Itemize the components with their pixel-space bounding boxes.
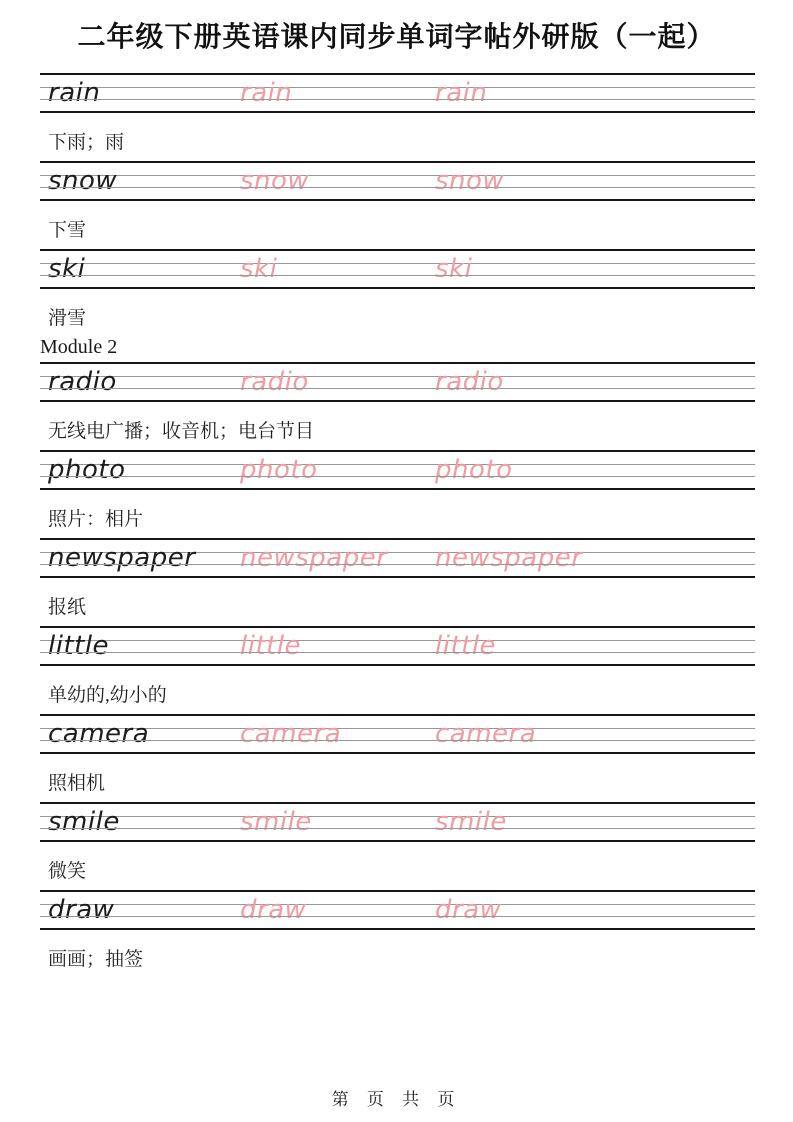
word-trace-2: draw bbox=[435, 897, 501, 923]
word-trace-2: smile bbox=[435, 809, 507, 835]
page-footer: 第 页 共 页 bbox=[0, 1085, 793, 1110]
word-text: rain bbox=[48, 80, 100, 106]
word-entry: ski ski ski 滑雪 bbox=[40, 249, 755, 337]
word-trace-1: newspaper bbox=[240, 545, 387, 571]
word-meaning: 滑雪 bbox=[40, 289, 755, 337]
writing-guide: camera camera camera bbox=[40, 714, 755, 754]
copybook-sheet: rain rain rain 下雨；雨 snow snow snow 下雪 sk… bbox=[40, 73, 755, 978]
word-meaning: 报纸 bbox=[40, 578, 755, 626]
word-entry: draw draw draw 画画；抽签 bbox=[40, 890, 755, 978]
word-meaning: 单幼的,幼小的 bbox=[40, 666, 755, 714]
word-entry: snow snow snow 下雪 bbox=[40, 161, 755, 249]
word-entry: camera camera camera 照相机 bbox=[40, 714, 755, 802]
word-trace-1: snow bbox=[240, 168, 309, 194]
word-text: ski bbox=[48, 256, 85, 282]
word-entry: smile smile smile 微笑 bbox=[40, 802, 755, 890]
writing-guide: little little little bbox=[40, 626, 755, 666]
word-trace-1: little bbox=[240, 633, 301, 659]
word-text: photo bbox=[48, 457, 126, 483]
word-trace-2: ski bbox=[435, 256, 472, 282]
writing-guide: snow snow snow bbox=[40, 161, 755, 201]
page-title: 二年级下册英语课内同步单词字帖外研版（一起） bbox=[0, 0, 793, 54]
word-text: smile bbox=[48, 809, 120, 835]
word-trace-2: photo bbox=[435, 457, 513, 483]
word-trace-2: camera bbox=[435, 721, 536, 747]
word-meaning: 照相机 bbox=[40, 754, 755, 802]
word-text: camera bbox=[48, 721, 149, 747]
word-trace-1: draw bbox=[240, 897, 306, 923]
writing-guide: rain rain rain bbox=[40, 73, 755, 113]
writing-guide: radio radio radio bbox=[40, 362, 755, 402]
word-trace-2: radio bbox=[435, 369, 504, 395]
word-trace-1: ski bbox=[240, 256, 277, 282]
word-trace-2: snow bbox=[435, 168, 504, 194]
writing-guide: draw draw draw bbox=[40, 890, 755, 930]
word-trace-1: photo bbox=[240, 457, 318, 483]
word-entry: radio radio radio 无线电广播；收音机；电台节目 bbox=[40, 362, 755, 450]
word-meaning: 下雪 bbox=[40, 201, 755, 249]
word-text: radio bbox=[48, 369, 117, 395]
word-meaning: 微笑 bbox=[40, 842, 755, 890]
word-meaning: 无线电广播；收音机；电台节目 bbox=[40, 402, 755, 450]
word-meaning: 下雨；雨 bbox=[40, 113, 755, 161]
word-trace-1: rain bbox=[240, 80, 292, 106]
copybook-page: 二年级下册英语课内同步单词字帖外研版（一起） rain rain rain 下雨… bbox=[0, 0, 793, 1122]
word-entry: rain rain rain 下雨；雨 bbox=[40, 73, 755, 161]
word-trace-1: camera bbox=[240, 721, 341, 747]
writing-guide: ski ski ski bbox=[40, 249, 755, 289]
word-trace-1: smile bbox=[240, 809, 312, 835]
writing-guide: smile smile smile bbox=[40, 802, 755, 842]
word-entry: photo photo photo 照片：相片 bbox=[40, 450, 755, 538]
word-trace-2: rain bbox=[435, 80, 487, 106]
word-text: snow bbox=[48, 168, 117, 194]
word-meaning: 照片：相片 bbox=[40, 490, 755, 538]
module-header: Module 2 bbox=[40, 337, 755, 362]
word-trace-2: little bbox=[435, 633, 496, 659]
word-entry: little little little 单幼的,幼小的 bbox=[40, 626, 755, 714]
word-meaning: 画画；抽签 bbox=[40, 930, 755, 978]
word-text: draw bbox=[48, 897, 114, 923]
word-text: newspaper bbox=[48, 545, 195, 571]
writing-guide: photo photo photo bbox=[40, 450, 755, 490]
word-entry: newspaper newspaper newspaper 报纸 bbox=[40, 538, 755, 626]
word-trace-1: radio bbox=[240, 369, 309, 395]
word-trace-2: newspaper bbox=[435, 545, 582, 571]
writing-guide: newspaper newspaper newspaper bbox=[40, 538, 755, 578]
word-text: little bbox=[48, 633, 109, 659]
